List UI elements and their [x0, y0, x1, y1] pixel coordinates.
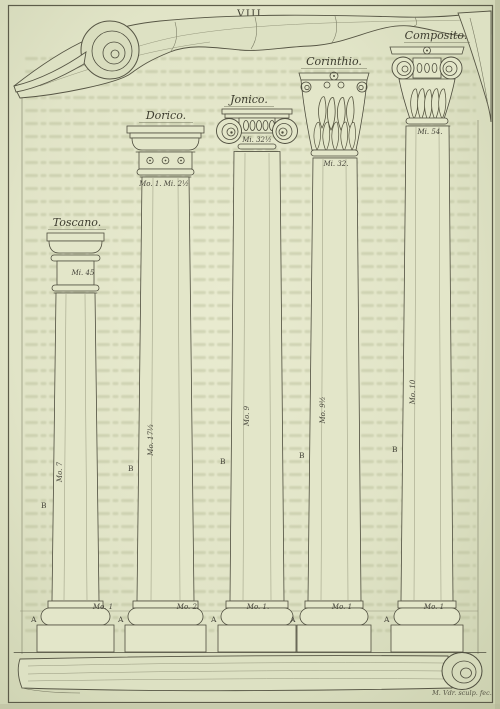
toscano-title: Toscano. [53, 216, 101, 229]
toscano-capital-label: Mi. 45 [71, 269, 95, 277]
jonico-capital-label: Mi. 32½ [241, 136, 272, 144]
composito-volute-left [392, 57, 414, 79]
jonico-letter-b: B [220, 457, 226, 466]
engraved-plate-five-orders: VIII. [0, 0, 500, 709]
corinthio-title: Corinthio. [306, 55, 362, 68]
composito-shaft [401, 126, 453, 601]
dorico-letter-a: A [117, 615, 124, 624]
composito-letter-a: A [383, 615, 390, 624]
corinthio-shaft-label: Mo. 9½ [319, 396, 327, 424]
composito-title: Composito. [405, 29, 468, 42]
toscano-shaft [52, 293, 99, 601]
toscano-letter-b: B [41, 501, 47, 510]
jonico-shaft [230, 152, 284, 602]
composito-base-label: Mo. 1 [423, 603, 444, 611]
dorico-shaft-label: Mo. 17⅓ [147, 424, 155, 457]
jonico-title: Jonico. [228, 93, 268, 106]
composito-letter-b: B [392, 445, 398, 454]
dorico-capital-label: Mo. 1. Mi. 2½ [138, 180, 189, 188]
dorico-base-label: Mo. 2. [176, 603, 199, 611]
dorico-title: Dorico. [145, 109, 186, 122]
toscano-base-label: Mo. 1 [92, 603, 113, 611]
composito-volute-right [440, 57, 462, 79]
bottom-scroll-roll [18, 653, 482, 694]
corinthio-capital-label: Mi. 32. [323, 160, 349, 168]
corinthio-base-label: Mo. 1 [331, 603, 352, 611]
toscano-letter-a: A [30, 615, 37, 624]
page-edge-bottom [0, 704, 500, 709]
jonico-shaft-label: Mo. 9 [243, 405, 251, 427]
page-edge-right [495, 0, 500, 709]
dorico-shaft [137, 177, 194, 601]
jonico-base-label: Mo. 1. [246, 603, 269, 611]
toscano-shaft-label: Mo. 7 [56, 461, 64, 483]
corinthio-letter-a: A [289, 615, 296, 624]
engraver-signature: M. Vdr. sculp. fec. [431, 689, 492, 697]
jonico-letter-a: A [210, 615, 217, 624]
composito-shaft-label: Mo. 10 [409, 379, 417, 405]
corinthio-shaft [308, 158, 361, 601]
corinthio-letter-b: B [299, 451, 305, 460]
jonico-volute-left [217, 119, 242, 144]
jonico-volute-right [273, 119, 298, 144]
dorico-letter-b: B [128, 464, 134, 473]
composito-capital-label: Mi. 54. [417, 128, 443, 136]
